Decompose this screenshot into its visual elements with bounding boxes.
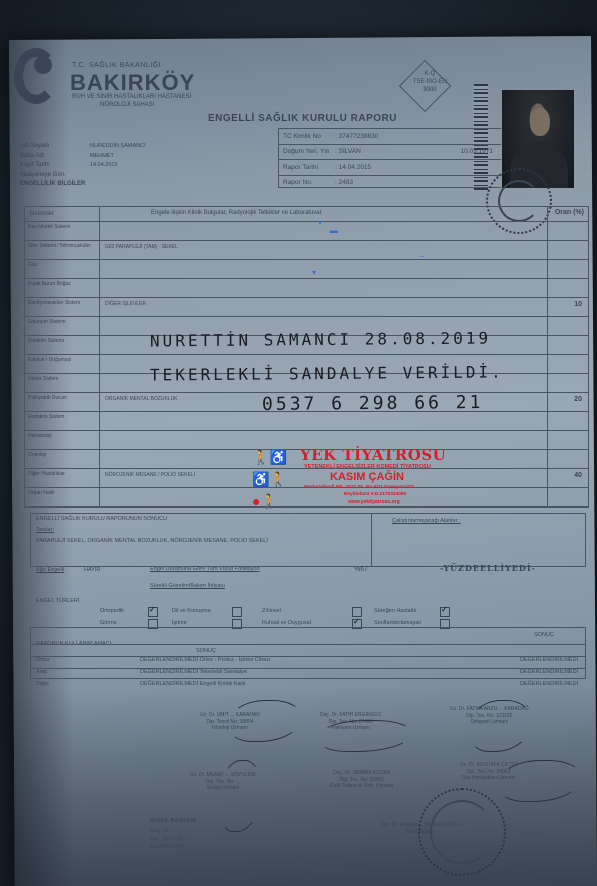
info-row: TC Kimlik No: 37477238830 (279, 129, 501, 145)
info-extra: 10.03.1971 (460, 148, 501, 155)
disability-type-label: Görme (100, 620, 117, 626)
system-label: Hematoloji (28, 433, 96, 439)
result-detail: DEĞERLENDİRİLMEDİ Tekerlekli Sandalye (140, 669, 247, 675)
iso-line: 9000 (404, 86, 456, 94)
table-row: Göz (25, 259, 588, 279)
total-function-label: Engel Durumuna Göre Tüm Vücut Fonksiyon (150, 566, 260, 572)
total-percentage: %67 (354, 566, 368, 573)
official-seal-icon (418, 788, 506, 876)
table-row: Kardiyovasküler SistemDİĞER İŞLEVLER10 (25, 297, 588, 317)
system-label: Kas-İskelet Sistemi (28, 224, 96, 230)
info-value: : 37477238830 (335, 133, 493, 140)
severe-disability-value: HAYIR (84, 567, 100, 573)
system-label: Organ Nakli (28, 490, 96, 496)
finding-text: ORGANİK MENTAL BOZUKLUK (105, 396, 178, 402)
system-label: Diğer Hastalıklar (28, 471, 96, 477)
disability-type-label: Zihinsel (262, 608, 281, 614)
handwritten-name-date: NURETTİN SAMANCI 28.08.2019 (150, 329, 491, 351)
pen-mark: ▾ (318, 218, 322, 227)
result-detail: DEĞERLENDİRİLMEDİ Engelli Kimlik Kartı (140, 681, 245, 687)
disability-type-label: İşitme (172, 620, 187, 626)
board-chair-title: KURUL BAŞKANI (150, 818, 196, 824)
pen-mark: ▬ (330, 226, 338, 235)
table-row: Kas-İskelet Sistemi (25, 221, 588, 241)
total-percentage-words: -YÜZDEELLİYEDİ- (440, 563, 536, 573)
info-value: : 14.04.2015 (335, 164, 493, 171)
diagnosis-text: PARAPLEJİ SEKEL, ORGANİK MENTAL BOZUKLUK… (36, 538, 268, 544)
signature-line: Doç. Dr. SEMİHA KOZAN (330, 770, 393, 777)
severe-disability-label: Ağır Engelli (36, 567, 64, 573)
value: NUREDDİN SAMANCI (90, 142, 146, 152)
info-row: Rapor Tarihi: 14.04.2015 (279, 160, 501, 176)
disability-type-checkbox[interactable] (352, 607, 362, 617)
disability-type-checkbox[interactable] (232, 607, 242, 617)
board-chair-line: Başhekim Yrd. (150, 844, 186, 850)
stamp-name: KASIM ÇAĞİN (330, 471, 404, 483)
system-label: Üriner Sistem (28, 376, 96, 382)
header-systems: Sistemler (29, 211, 54, 217)
iso-line: TSE-ISO-EN (404, 78, 456, 86)
result-label: Diğer (36, 681, 49, 687)
table-header: Sistemler Engele ilişkin Klinik Bulgular… (25, 207, 588, 222)
divider (371, 514, 372, 566)
header-rate: Oran (%) (555, 209, 584, 216)
signature-line: Fizik Tedavi ve Reh. Uzmanı (330, 783, 393, 790)
disability-type-label: Ruhsal ve Duygusal (262, 620, 311, 626)
pen-mark: – (420, 252, 424, 261)
board-chair-line: Doç. Dr. ... (150, 828, 176, 834)
info-label: Rapor No. (279, 179, 335, 186)
table-row: Sinir Sistemi / NöromuskülerG82 PARAPLEJ… (25, 240, 588, 260)
result-status: DEĞERLENDİRİLMEDİ (520, 681, 578, 687)
pen-mark: ▾ (312, 268, 316, 277)
handwritten-phone: 0537 6 298 66 21 (262, 392, 484, 415)
label: Baba Adı (20, 152, 85, 162)
info-row: Doğum Yeri, Yılı: SİLVAN10.03.1971 (279, 145, 501, 161)
value: MEHMET (90, 152, 146, 162)
finding-text: DİĞER İŞLEVLER (105, 301, 146, 307)
walker-icon: 🚶 (269, 471, 286, 487)
table-row: Kulak Burun Boğaz (25, 278, 588, 298)
hospital-subtitle: RUH VE SİNİR HASTALIKLARI HASTANESİ (72, 94, 191, 100)
patient-left-values: NUREDDİN SAMANCI MEHMET 14.04.2015 (90, 142, 146, 171)
stamp-title: YEK TİYATROSU (300, 446, 446, 464)
signature-line: Doç. Dr. FATİH ERGİNGÖZ (320, 712, 381, 719)
label: Kayıt Tarihi (20, 161, 85, 171)
row-line (31, 656, 585, 657)
iso-badge: K-Q TSE-ISO-EN 9000 (404, 70, 456, 94)
ministry-logo-icon (14, 48, 60, 106)
disability-type-label: Ortopedik (100, 608, 124, 614)
patient-left-labels: Adı Soyadı Baba Adı Kayıt Tarihi Muayene… (20, 142, 85, 190)
info-label: TC Kimlik No (279, 133, 335, 140)
restrictions-label: Çalıştırılamayacağı Alanlar : (392, 518, 460, 524)
signature-block: Doç. Dr. SEMİHA KOZANDip. Tes. No: 23961… (330, 770, 393, 790)
label: Adı Soyadı (20, 142, 85, 152)
board-chair-line: Dip. Tescil No: ... (150, 836, 191, 842)
disability-types-title: ENGEL TÜRLERİ (36, 598, 79, 604)
handwritten-note: TEKERLEKLİ SANDALYE VERİLDİ. (150, 362, 504, 384)
diagnosis-label: Tanılar: (36, 527, 54, 533)
stamp-subtitle: YETENEKLİ ENGELSİZLER KOMEDİ TİYATROSU (304, 464, 431, 470)
system-label: Sinir Sistemi / Nöromusküler (28, 243, 96, 249)
disability-type-label: Dil ve Konuşma (172, 608, 211, 614)
info-row: Rapor No.: 2483 (279, 176, 501, 191)
system-label: Psikiyatrik Durum (28, 395, 96, 401)
result-detail: DEĞERLENDİRİLMEDİ Ortez - Protez - İşitm… (140, 657, 271, 663)
patient-info-box: TC Kimlik No: 37477238830 Doğum Yeri, Yı… (278, 128, 501, 188)
wheelchair-icon: ♿ (252, 471, 269, 487)
finding-text: NÖROJENİK MESANE / POLİO SEKELİ (105, 472, 195, 478)
system-label: Kalıtsal / Doğumsal (28, 357, 96, 363)
photo-head (530, 108, 550, 136)
result-status: DEĞERLENDİRİLMEDİ (520, 669, 578, 675)
care-need-label: Sürekli Gözetim/Bakım İhtiyacı (150, 583, 225, 589)
row-line (31, 644, 585, 645)
crutch-icon: ♿ (269, 449, 286, 465)
person-icon: 🚶 (252, 449, 269, 465)
yek-theatre-stamp: 🚶♿ ♿🚶 ●🚶 YEK TİYATROSU YETENEKLİ ENGELSİ… (252, 446, 482, 516)
finding-text: G82 PARAPLEJİ (TAM) - SEKEL (105, 244, 178, 250)
info-label: Rapor Tarihi (279, 164, 335, 171)
value: 14.04.2015 (90, 161, 146, 171)
rate-value: 40 (574, 472, 582, 479)
stamp-address: Merkezefendi Mh. 1622 Sk. No:6/11 Esenyu… (304, 485, 484, 490)
disability-type-checkbox[interactable] (148, 607, 158, 617)
document-title: ENGELLİ SAĞLIK KURULU RAPORU (208, 113, 397, 124)
decision-title: ENGELLİ SAĞLIK KURULU RAPORUNUN SONUCU (36, 516, 167, 522)
result-label: Ortez (36, 657, 49, 663)
iso-line: K-Q (404, 70, 456, 78)
header-findings: Engele ilişkin Klinik Bulgular, Radyoloj… (151, 210, 322, 216)
stamp-website: www.yektiyatrosu.org (348, 499, 400, 505)
system-label: Kulak Burun Boğaz (28, 281, 96, 287)
info-label: Doğum Yeri, Yılı (279, 148, 335, 155)
disability-type-label: Sınıflandırılamayan (374, 620, 421, 626)
hospital-name: BAKIRKÖY (70, 70, 195, 96)
person-icon: 🚶 (260, 493, 277, 509)
disability-type-checkbox[interactable] (440, 607, 450, 617)
rate-value: 20 (574, 396, 582, 403)
rate-value: 10 (574, 301, 582, 308)
system-label: Onkoloji (28, 452, 96, 458)
label: Muayeneye Gön. (20, 171, 85, 181)
info-value: : SİLVAN (335, 148, 460, 155)
disability-type-label: Süreğen Hastalık (374, 608, 416, 614)
hospital-subtitle-2: NÖROLOJİ SAHASI (100, 102, 154, 108)
stamp-tax-office: Beylikdüzü V.D.2170334080 (344, 492, 406, 497)
result-status: DEĞERLENDİRİLMEDİ (520, 657, 578, 663)
accessibility-icons: 🚶♿ ♿🚶 ●🚶 (252, 446, 296, 512)
info-value: : 2483 (335, 179, 493, 186)
result-label: Araç (36, 669, 47, 675)
label: ENGELLİLİK BİLGİLER (20, 180, 85, 190)
results-table (30, 627, 586, 679)
system-label: Endokrin Sistem (28, 414, 96, 420)
ministry-name: T.C. SAĞLIK BAKANLIĞI (72, 62, 161, 69)
system-label: Sindirim Sistemi (28, 338, 96, 344)
row-line (31, 668, 585, 669)
system-label: Solunum Sistemi (28, 319, 96, 325)
system-label: Göz (28, 262, 96, 268)
system-label: Kardiyovasküler Sistem (28, 300, 96, 306)
